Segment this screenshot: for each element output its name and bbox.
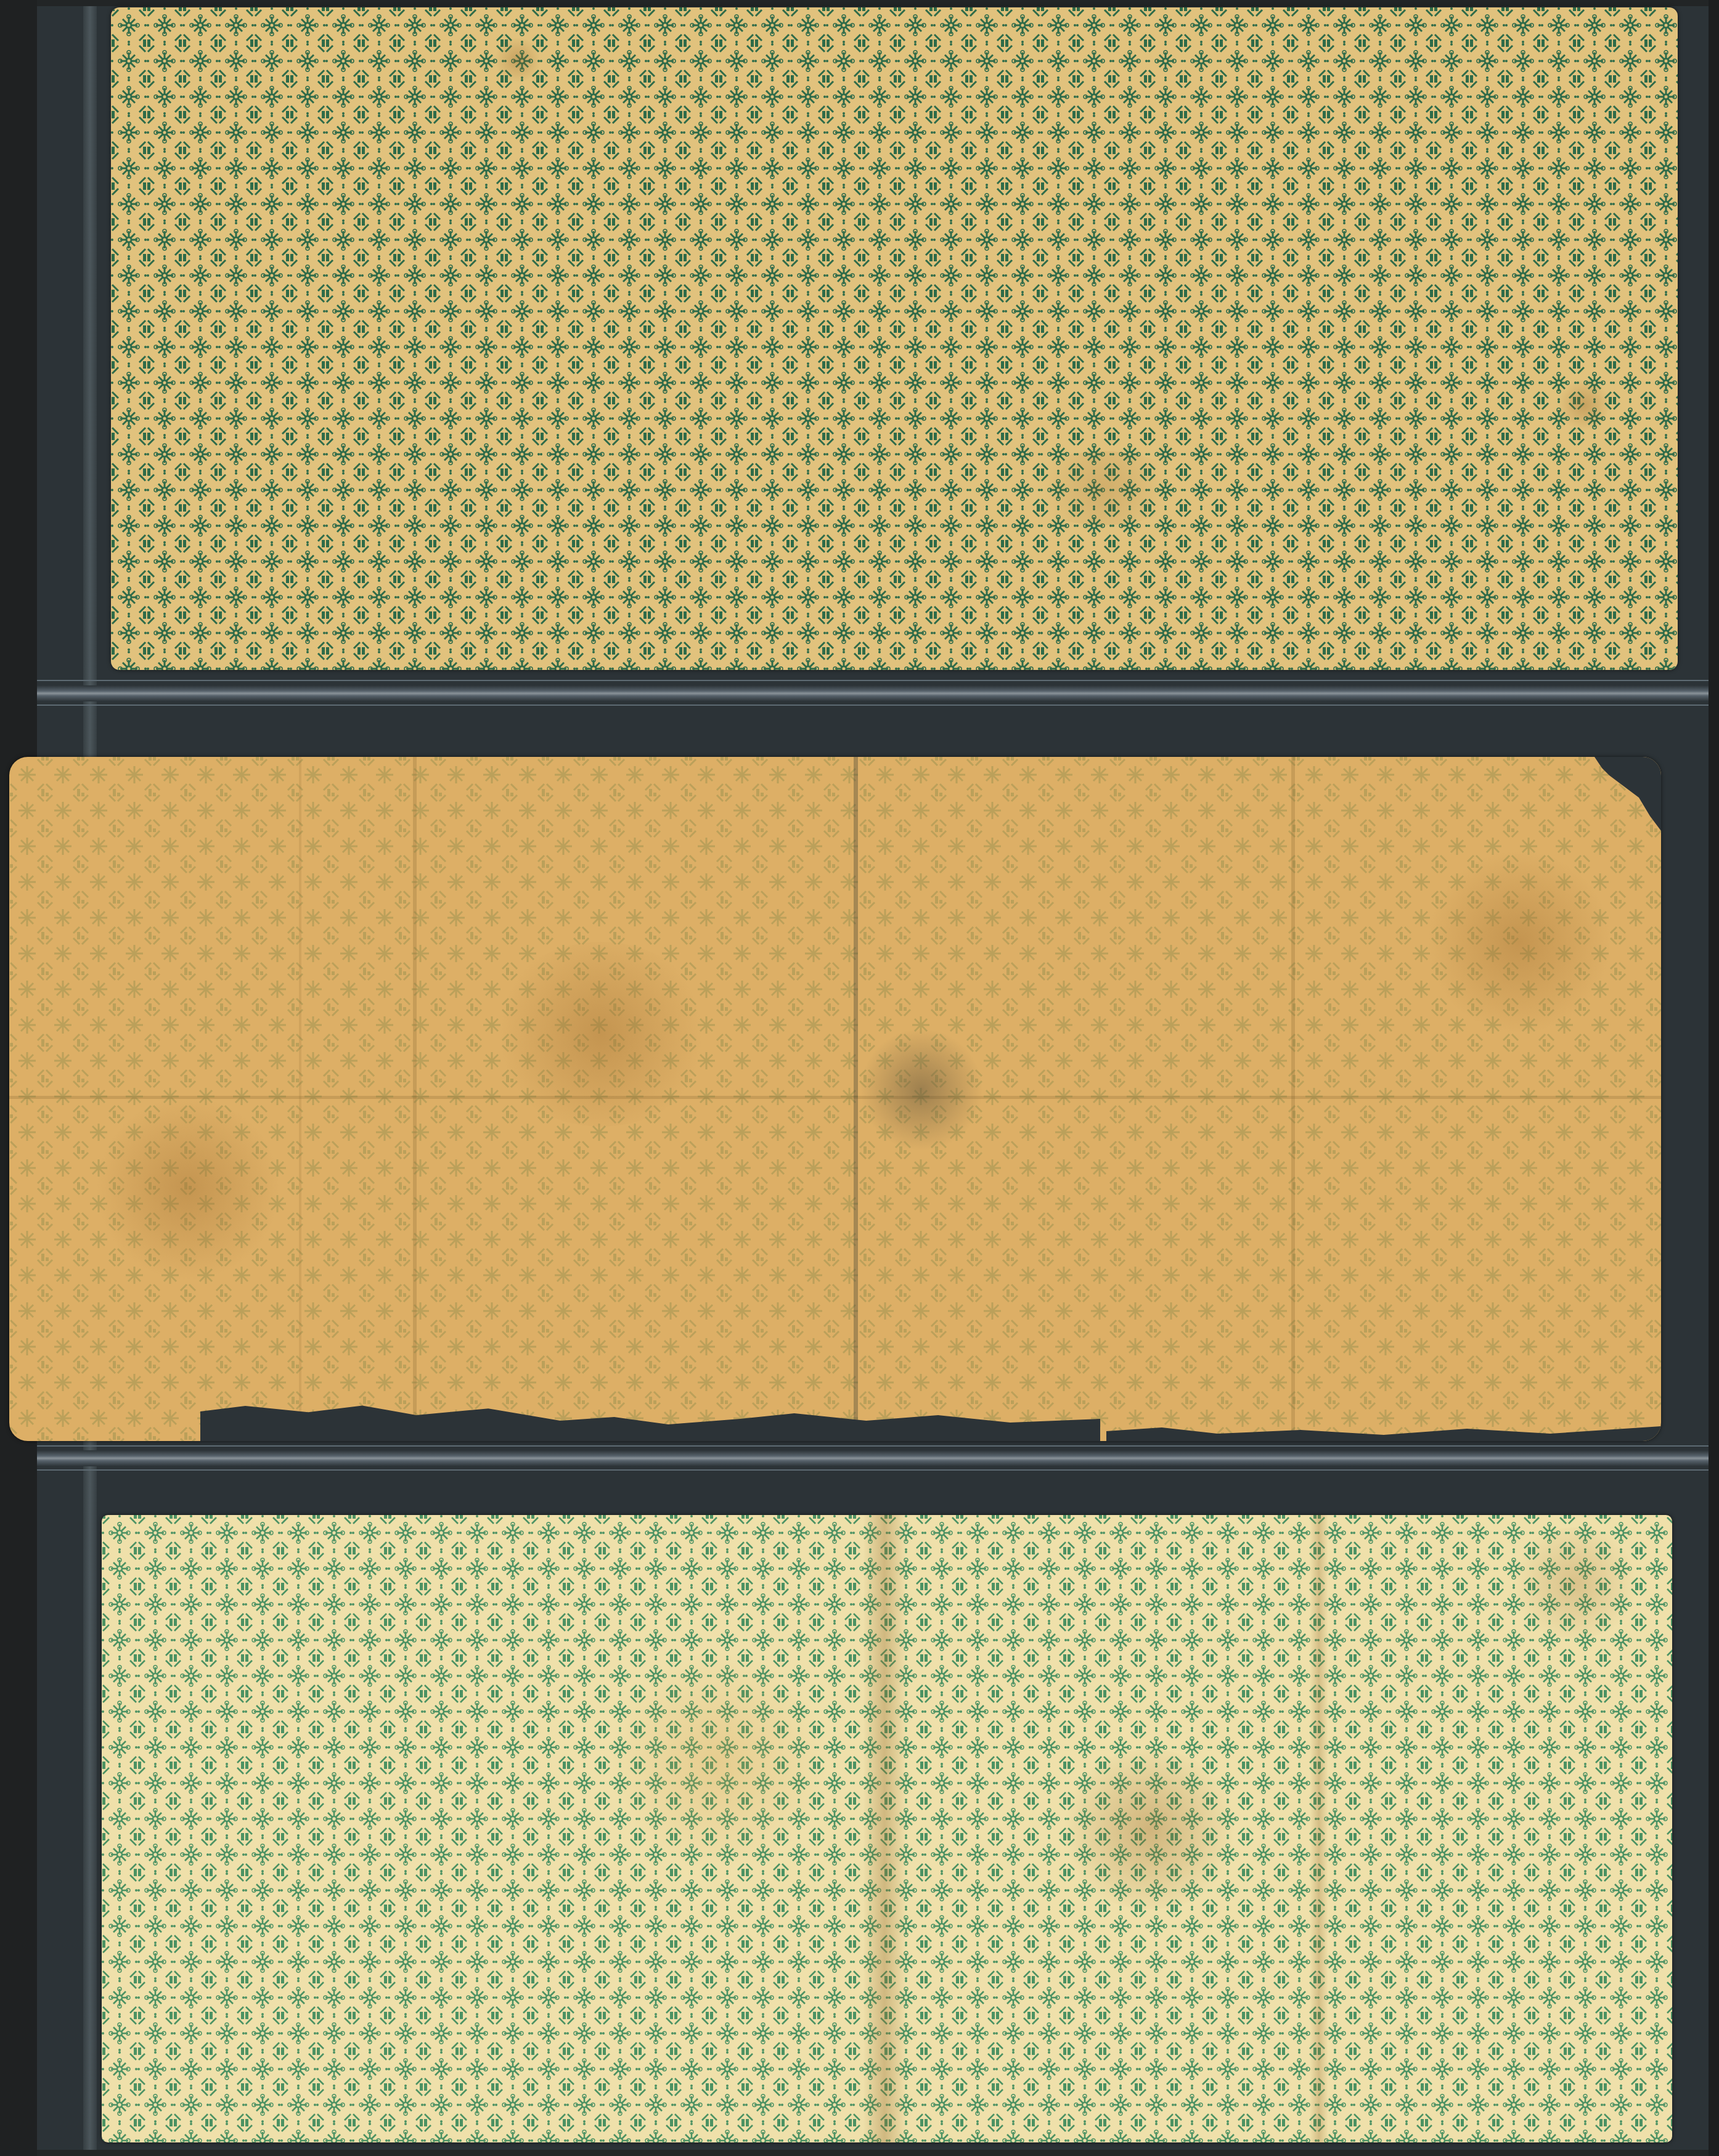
sleeve-edge (37, 1469, 1709, 1471)
fold-line (299, 757, 301, 1441)
stain (493, 38, 542, 81)
fold-line (863, 1515, 906, 2142)
stain (860, 1028, 983, 1151)
album-frame-right (1709, 0, 1719, 2156)
stain (1427, 849, 1612, 1034)
guilloche-pattern (9, 757, 1661, 1441)
stain (1507, 1527, 1643, 1638)
sleeve-edge (37, 1445, 1709, 1447)
sleeve-edge (37, 704, 1709, 706)
stain (1559, 377, 1609, 433)
stain (490, 942, 712, 1127)
fold-line (1291, 757, 1295, 1441)
banknote-bottom (102, 1515, 1672, 2142)
fold-line (413, 757, 417, 1441)
fold-line (854, 757, 858, 1441)
guilloche-pattern (111, 7, 1678, 670)
stain (96, 1096, 280, 1281)
sleeve-edge (37, 680, 1709, 681)
sleeve-divider (37, 685, 1709, 701)
stain (1023, 451, 1183, 525)
sleeve-divider (37, 1450, 1709, 1466)
banknote-middle (9, 757, 1661, 1441)
stain (607, 1651, 829, 1872)
stain (1057, 1749, 1242, 1909)
fold-line (9, 1096, 1661, 1099)
banknote-top (111, 7, 1678, 670)
fold-line (1310, 1515, 1328, 2142)
